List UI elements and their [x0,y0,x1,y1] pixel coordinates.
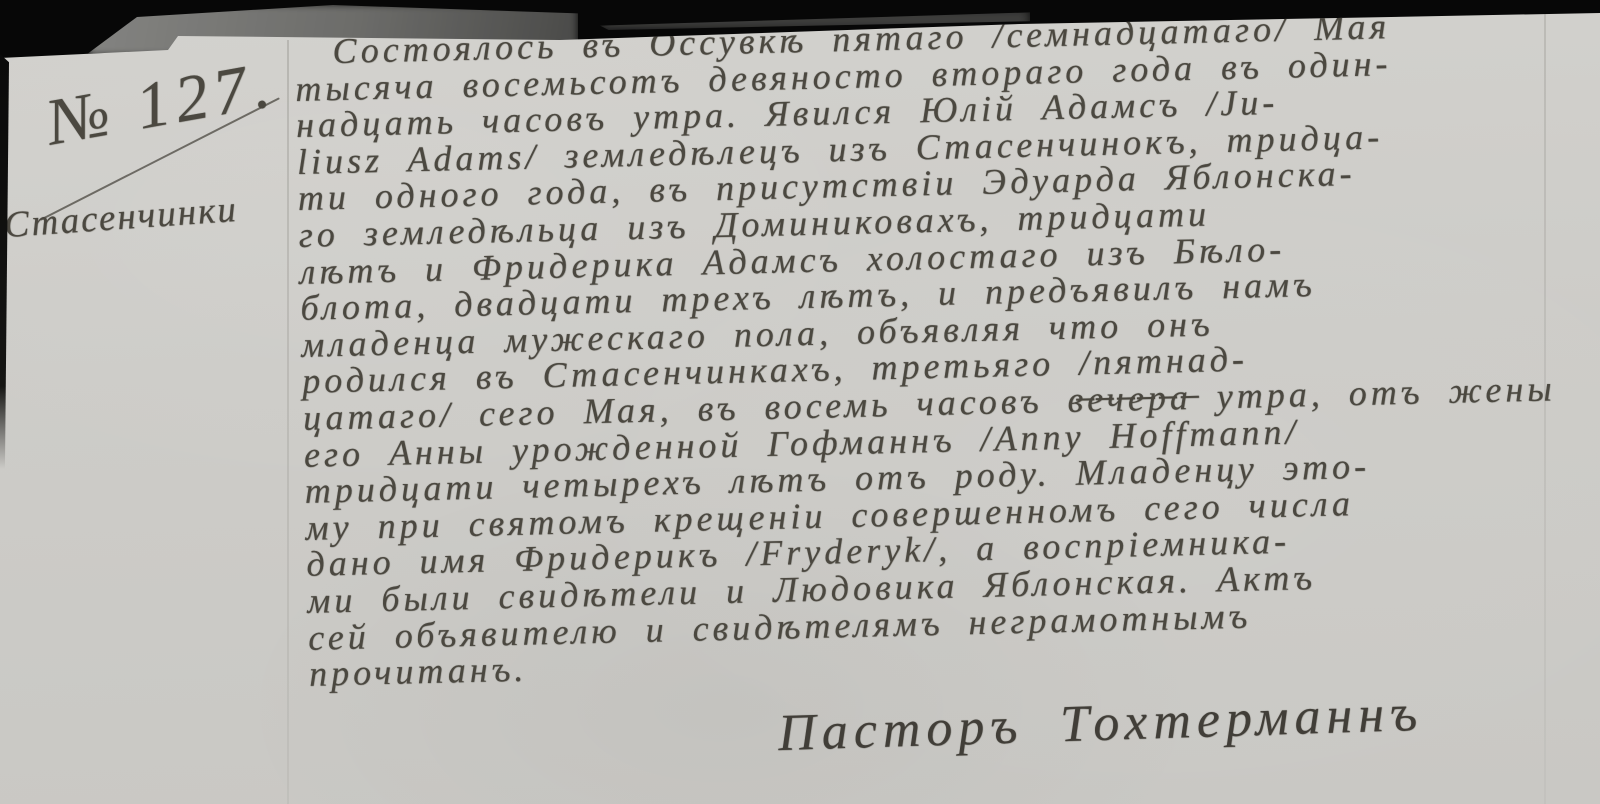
scanned-register-page: № 127. Стасенчинки Состоялось въ Оссувкѣ… [0,0,1600,804]
record-body: Состоялось въ Оссувкѣ пятаго /семнадцата… [294,3,1600,692]
registrar-signature: Пасторъ Тохтерманнъ [777,684,1424,763]
paper-sheet: № 127. Стасенчинки Состоялось въ Оссувкѣ… [0,0,1600,804]
act-number: № 127. [41,47,281,162]
margin-place-name: Стасенчинки [3,188,239,247]
fold-line [287,40,289,804]
